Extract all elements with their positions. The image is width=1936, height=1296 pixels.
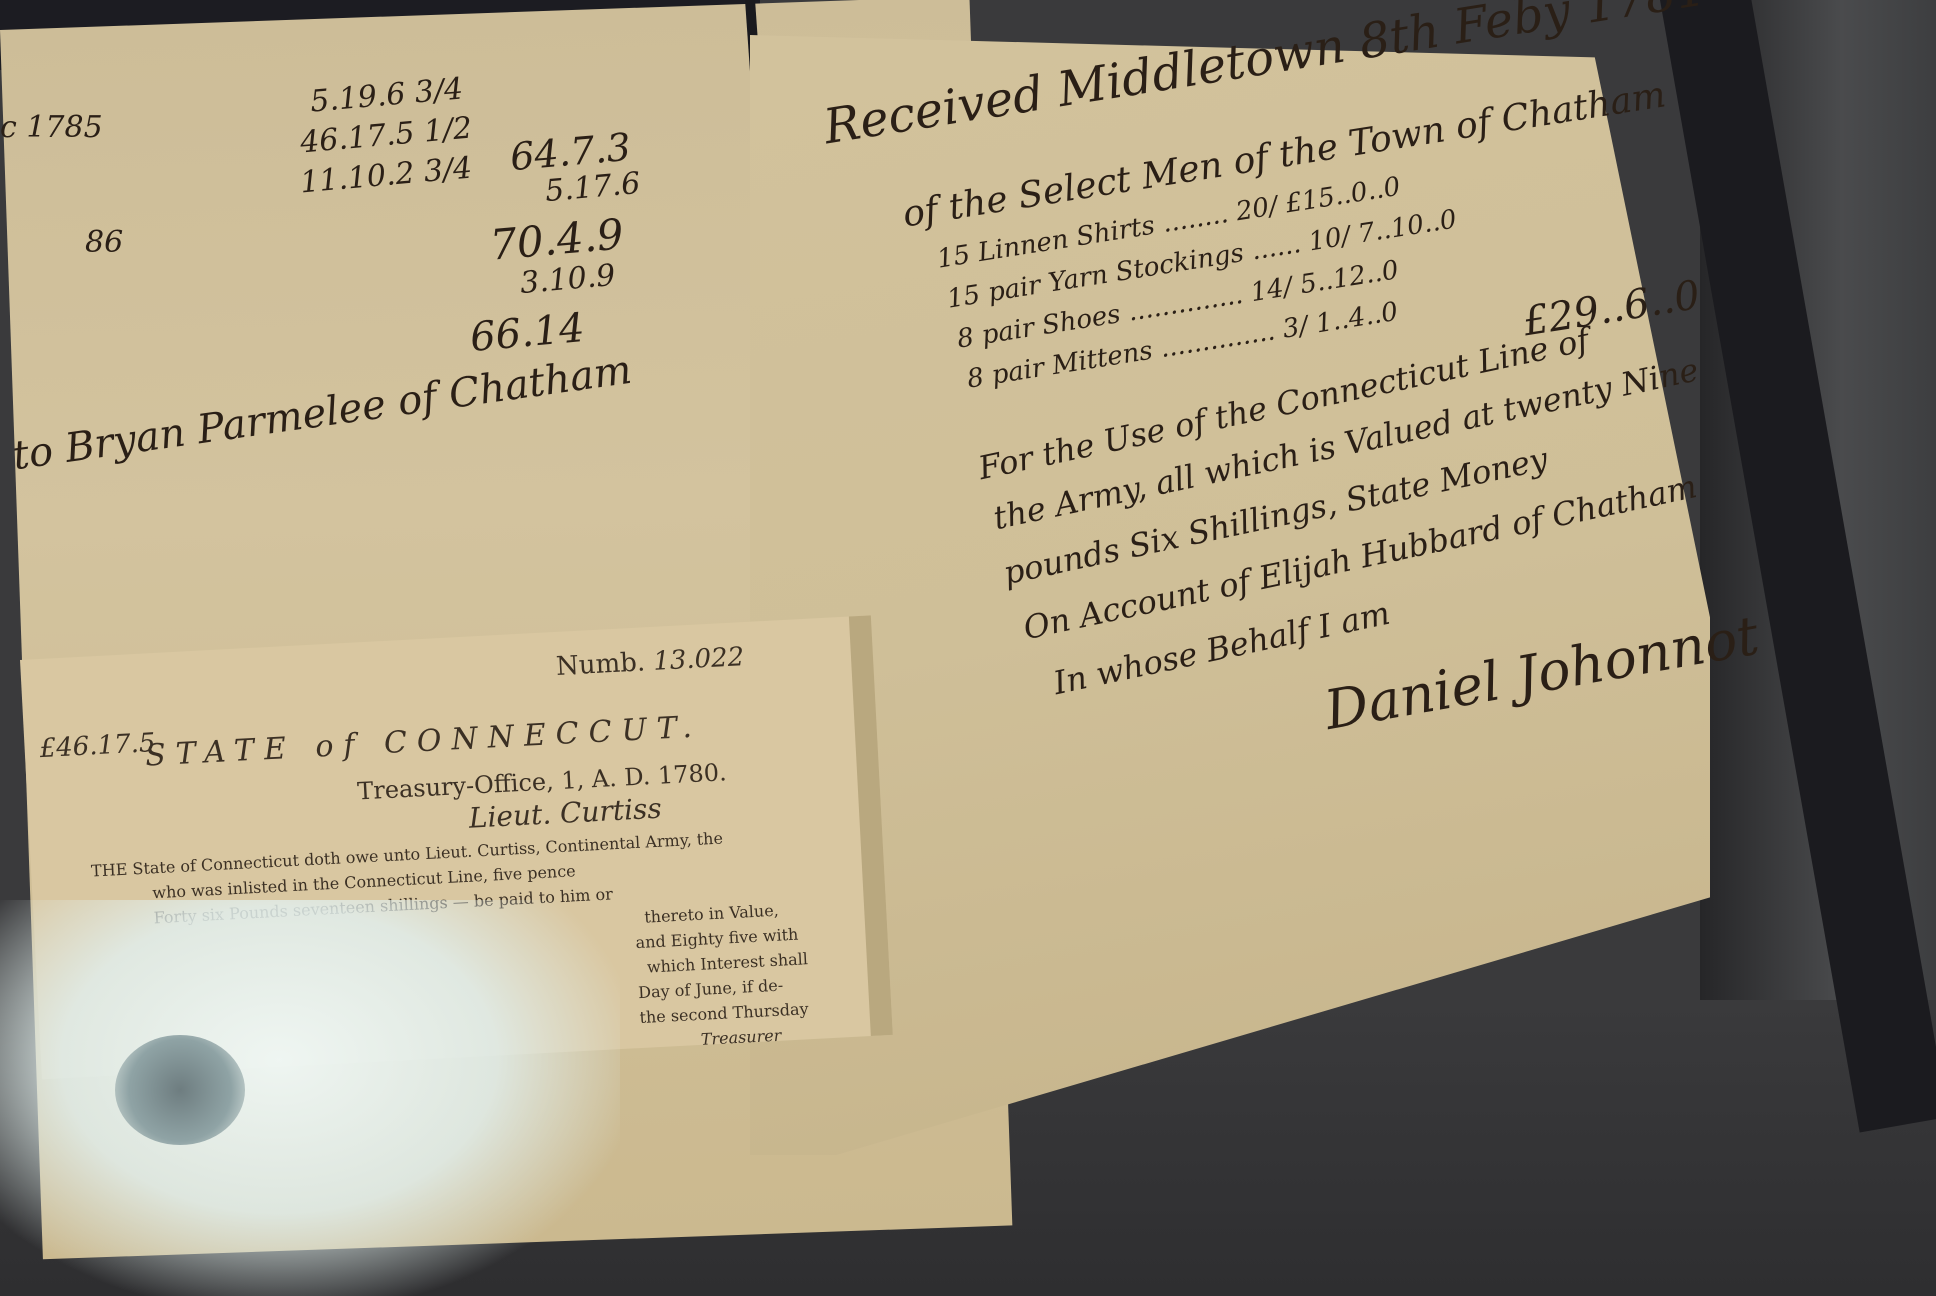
glare-reflection-spot <box>115 1035 245 1145</box>
glass-glare <box>0 900 620 1296</box>
cert-body-6: which Interest shall <box>646 949 808 976</box>
cert-body-5: and Eighty five with <box>635 925 799 952</box>
cert-body-4: thereto in Value, <box>644 901 779 927</box>
cert-body-7: Day of June, if de- <box>638 976 784 1003</box>
left-date-fragment: c 1785 <box>0 110 103 145</box>
cert-amount: £46.17.5 <box>39 728 156 764</box>
cert-body-8: the second Thursday <box>639 999 809 1027</box>
left-line-86: 86 <box>85 225 123 260</box>
cert-number: Numb. 13.022 <box>555 642 745 682</box>
